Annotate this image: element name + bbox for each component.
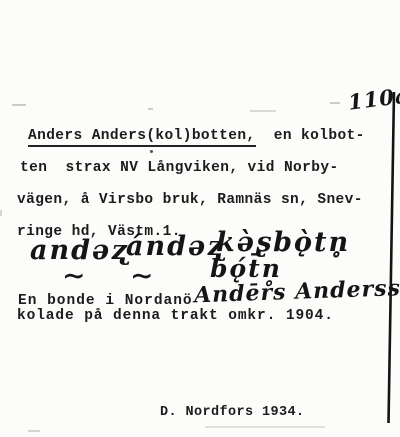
scan-speck — [205, 426, 325, 428]
scan-speck — [250, 110, 276, 112]
card-edge-line — [0, 0, 400, 437]
phonetic-swung-dash: ∼ — [130, 262, 153, 290]
phonetic-swung-dash: ∼ — [62, 262, 85, 290]
scan-speck — [0, 210, 2, 216]
typed-line: vägen, å Virsbo bruk, Ramnäs sn, Snev- — [17, 192, 363, 209]
recorder-signature: D. Nordfors 1934. — [160, 404, 305, 421]
archive-number: 110a — [347, 84, 400, 112]
handwritten-name: Andēr̊s Andersson, — [194, 276, 400, 307]
phonetic-word: kə̀ʂbǫ̀tn̥ — [216, 229, 350, 256]
note-line: kolade på denna trakt omkr. 1904. — [17, 308, 334, 325]
headword-rest: en kolbot- — [256, 128, 365, 144]
scan-speck — [12, 104, 26, 106]
scan-speck — [150, 150, 153, 153]
phonetic-variant: bǫ́t̄n — [210, 256, 282, 281]
scan-speck — [28, 430, 40, 432]
headword-underlined: Anders Anders(kol)botten, — [28, 128, 256, 147]
typed-line: ten strax NV Långviken, vid Norby- — [20, 160, 339, 177]
headword-line: Anders Anders(kol)botten, en kolbot- — [28, 128, 365, 145]
scan-speck — [148, 108, 153, 110]
scan-speck — [330, 102, 340, 104]
index-card: 110a Anders Anders(kol)botten, en kolbot… — [0, 0, 400, 437]
